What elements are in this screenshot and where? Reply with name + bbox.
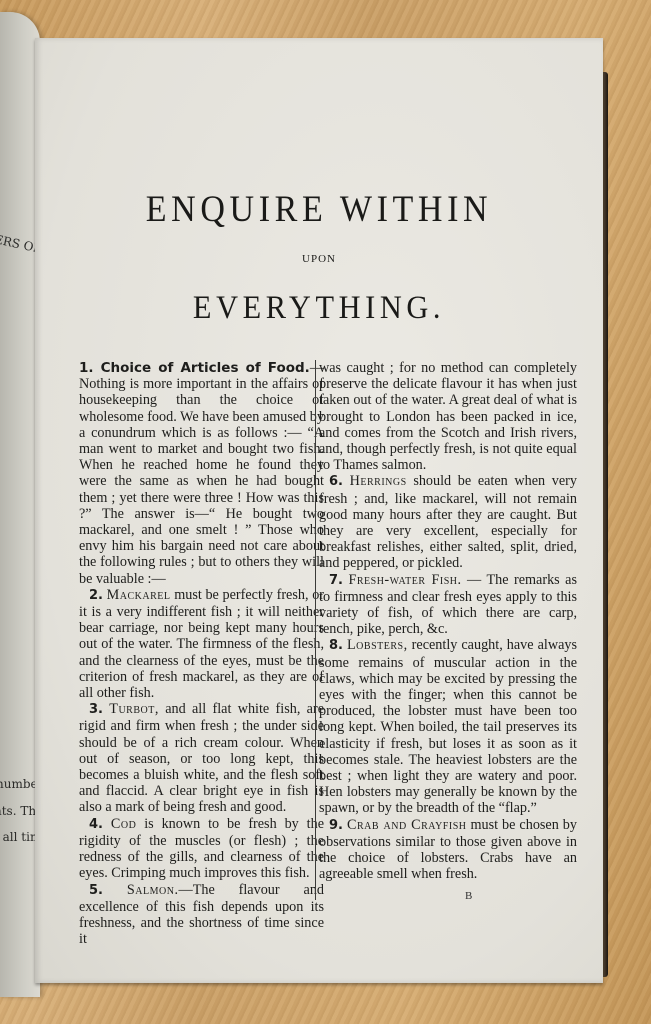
- entry-6: 6. Herrings should be eaten when very fr…: [319, 473, 577, 571]
- entry-text: recently caught, have always some remain…: [319, 637, 577, 816]
- column-divider: [315, 360, 316, 900]
- entry-heading: Mackarel: [107, 587, 171, 603]
- entry-9: 9. Crab and Crayfish must be chosen by o…: [319, 817, 577, 883]
- left-page-edge: ERS OF numbers nts. Th t all tim: [0, 12, 40, 997]
- left-page-fragment: nts. Th: [0, 804, 36, 818]
- entry-1: 1. Choice of Articles of Food.—Nothing i…: [79, 360, 324, 587]
- entry-heading: Choice of Articles of Food.: [101, 360, 310, 376]
- entry-4: 4. Cod is known to be fresh by the rigid…: [79, 816, 324, 882]
- entry-number: 3.: [89, 702, 103, 717]
- entry-number: 5.: [89, 883, 103, 898]
- entry-heading: Crab and Crayfish: [347, 817, 467, 833]
- left-column: 1. Choice of Articles of Food.—Nothing i…: [79, 360, 324, 947]
- entry-number: 8.: [329, 638, 343, 653]
- entry-text: —The flavour and excellence of this fish…: [79, 882, 324, 948]
- entry-5-continuation: was caught ; for no method can completel…: [319, 360, 577, 473]
- book-page: ENQUIRE WITHIN UPON EVERYTHING. 1. Choic…: [35, 38, 603, 983]
- entry-number: 9.: [329, 818, 343, 833]
- entry-heading: Lobsters,: [347, 637, 408, 653]
- signature-mark: B: [465, 890, 472, 902]
- title-line-3: EVERYTHING.: [58, 290, 581, 327]
- left-page-fragment: t all tim: [0, 830, 40, 844]
- title-line-1: ENQUIRE WITHIN: [58, 188, 581, 231]
- entry-number: 2.: [89, 588, 103, 603]
- entry-heading: Herrings: [350, 473, 407, 489]
- entry-8: 8. Lobsters, recently caught, have alway…: [319, 637, 577, 816]
- entry-5: 5. Salmon.—The flavour and excellence of…: [79, 882, 324, 948]
- left-page-fragment: numbers: [0, 777, 40, 791]
- entry-text: —Nothing is more important in the affair…: [79, 360, 324, 587]
- entry-number: 1.: [79, 360, 94, 376]
- left-page-fragment: ERS OF: [0, 232, 40, 256]
- entry-3: 3. Turbot, and all flat white fish, are …: [79, 701, 324, 815]
- entry-number: 7.: [329, 573, 343, 588]
- entry-text: must be perfectly fresh, or it is a very…: [79, 587, 324, 701]
- entry-2: 2. Mackarel must be perfectly fresh, or …: [79, 587, 324, 701]
- entry-text: and all flat white fish, are rigid and f…: [79, 701, 324, 815]
- right-column: was caught ; for no method can completel…: [319, 360, 577, 883]
- title-line-2: UPON: [35, 253, 603, 265]
- entry-number: 6.: [329, 474, 343, 489]
- entry-heading: Salmon.: [127, 882, 179, 898]
- entry-number: 4.: [89, 817, 103, 832]
- entry-heading: Cod: [111, 816, 136, 832]
- entry-heading: Turbot,: [109, 701, 159, 717]
- entry-7: 7. Fresh-water Fish. — The remarks as to…: [319, 572, 577, 638]
- entry-heading: Fresh-water Fish.: [348, 572, 461, 588]
